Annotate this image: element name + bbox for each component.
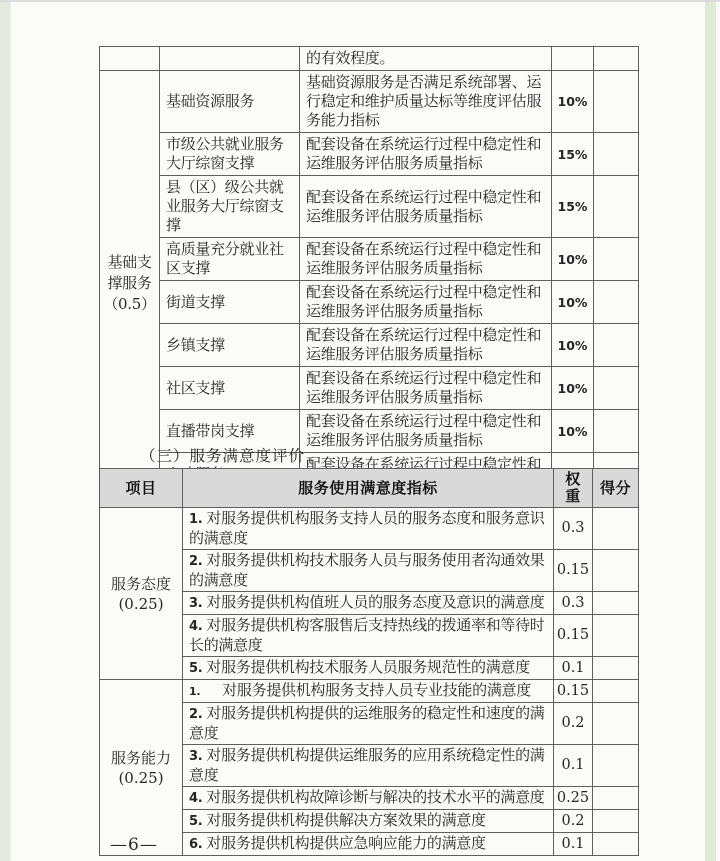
weight-cell: 10% bbox=[552, 410, 594, 453]
table-row: 市级公共就业服务大厅综窗支撑 配套设备在系统运行过程中稳定性和运维服务评估服务质… bbox=[100, 133, 639, 176]
score-cell bbox=[593, 833, 639, 856]
item-number: 4. bbox=[189, 619, 202, 634]
weight-cell: 0.25 bbox=[554, 787, 593, 810]
indicator-cell: 5.对服务提供机构提供解决方案效果的满意度 bbox=[183, 810, 554, 833]
weight-cell-empty bbox=[552, 47, 594, 71]
indicator-cell: 配套设备在系统运行过程中稳定性和运维服务评估服务质量指标 bbox=[300, 238, 552, 281]
weight-cell: 10% bbox=[552, 238, 594, 281]
item-number: 1. bbox=[189, 512, 202, 527]
indicator-text: 对服务提供机构提供运维服务的应用系统稳定性的满意度 bbox=[189, 746, 545, 784]
weight-cell: 10% bbox=[552, 71, 594, 133]
indicator-cell: 2.对服务提供机构提供的运维服务的稳定性和速度的满意度 bbox=[183, 703, 554, 745]
carryover-text-cell: 的有效程度。 bbox=[300, 47, 552, 71]
indicator-cell: 1.对服务提供机构服务支持人员专业技能的满意度 bbox=[183, 680, 554, 703]
weight-cell: 0.1 bbox=[554, 657, 593, 680]
category-cell: 服务能力 (0.25) bbox=[100, 680, 183, 856]
item-number: 5. bbox=[189, 814, 202, 829]
weight-cell: 10% bbox=[552, 324, 594, 367]
item-number: 3. bbox=[189, 596, 202, 611]
indicator-text: 对服务提供机构技术服务人员与服务使用者沟通效果的满意度 bbox=[189, 551, 545, 589]
score-cell bbox=[593, 703, 639, 745]
indicator-cell: 1.对服务提供机构服务支持人员的服务态度和服务意识的满意度 bbox=[183, 508, 554, 550]
table-row: 服务能力 (0.25) 1.对服务提供机构服务支持人员专业技能的满意度 0.15 bbox=[100, 680, 639, 703]
table-row: 社区支撑 配套设备在系统运行过程中稳定性和运维服务评估服务质量指标 10% bbox=[100, 367, 639, 410]
header-indicator: 服务使用满意度指标 bbox=[183, 469, 554, 508]
score-cell bbox=[594, 71, 639, 133]
score-cell bbox=[594, 133, 639, 176]
indicator-cell: 6.对服务提供机构提供应急响应能力的满意度 bbox=[183, 833, 554, 856]
score-cell bbox=[594, 281, 639, 324]
indicator-cell: 3.对服务提供机构值班人员的服务态度及意识的满意度 bbox=[183, 592, 554, 615]
weight-cell: 15% bbox=[552, 176, 594, 238]
category-cell: 基础支 撑服务 （0.5） bbox=[100, 71, 160, 496]
indicator-cell: 3.对服务提供机构提供运维服务的应用系统稳定性的满意度 bbox=[183, 745, 554, 787]
indicator-cell: 配套设备在系统运行过程中稳定性和运维服务评估服务质量指标 bbox=[300, 133, 552, 176]
score-cell bbox=[593, 592, 639, 615]
indicator-text: 对服务提供机构提供应急响应能力的满意度 bbox=[206, 834, 485, 852]
header-weight: 权 重 bbox=[554, 469, 593, 508]
indicator-cell: 2.对服务提供机构技术服务人员与服务使用者沟通效果的满意度 bbox=[183, 550, 554, 592]
item-cell: 市级公共就业服务大厅综窗支撑 bbox=[160, 133, 300, 176]
weight-cell: 10% bbox=[552, 281, 594, 324]
indicator-cell: 5.对服务提供机构技术服务人员服务规范性的满意度 bbox=[183, 657, 554, 680]
item-number: 5. bbox=[189, 661, 202, 676]
indicator-cell: 配套设备在系统运行过程中稳定性和运维服务评估服务质量指标 bbox=[300, 410, 552, 453]
indicator-cell: 配套设备在系统运行过程中稳定性和运维服务评估服务质量指标 bbox=[300, 324, 552, 367]
indicator-text: 对服务提供机构值班人员的服务态度及意识的满意度 bbox=[206, 593, 544, 611]
indicator-text: 对服务提供机构服务支持人员专业技能的满意度 bbox=[222, 681, 531, 699]
item-cell: 基础资源服务 bbox=[160, 71, 300, 133]
indicator-text: 对服务提供机构服务支持人员的服务态度和服务意识的满意度 bbox=[189, 509, 545, 547]
page-number: —6— bbox=[110, 835, 158, 855]
weight-cell: 0.15 bbox=[554, 680, 593, 703]
section-heading: （三）服务满意度评价 bbox=[140, 444, 305, 466]
table-row: 乡镇支撑 配套设备在系统运行过程中稳定性和运维服务评估服务质量指标 10% bbox=[100, 324, 639, 367]
weight-cell: 0.2 bbox=[554, 703, 593, 745]
item-number: 3. bbox=[189, 749, 202, 764]
weight-cell: 0.2 bbox=[554, 810, 593, 833]
page-left-margin-strip bbox=[0, 0, 11, 861]
table-row: 县（区）级公共就业服务大厅综窗支撑 配套设备在系统运行过程中稳定性和运维服务评估… bbox=[100, 176, 639, 238]
score-cell bbox=[593, 508, 639, 550]
score-cell bbox=[593, 657, 639, 680]
score-cell bbox=[593, 810, 639, 833]
indicator-text: 对服务提供机构故障诊断与解决的技术水平的满意度 bbox=[206, 788, 544, 806]
table-row: 基础支 撑服务 （0.5） 基础资源服务 基础资源服务是否满足系统部署、运行稳定… bbox=[100, 71, 639, 133]
item-cell: 县（区）级公共就业服务大厅综窗支撑 bbox=[160, 176, 300, 238]
table-row: 服务态度 (0.25) 1.对服务提供机构服务支持人员的服务态度和服务意识的满意… bbox=[100, 508, 639, 550]
score-cell bbox=[594, 47, 639, 71]
weight-cell: 0.15 bbox=[554, 550, 593, 592]
score-cell bbox=[594, 324, 639, 367]
item-number: 2. bbox=[189, 707, 202, 722]
indicator-cell: 配套设备在系统运行过程中稳定性和运维服务评估服务质量指标 bbox=[300, 367, 552, 410]
header-project: 项目 bbox=[100, 469, 183, 508]
indicator-cell: 配套设备在系统运行过程中稳定性和运维服务评估服务质量指标 bbox=[300, 176, 552, 238]
weight-cell: 0.3 bbox=[554, 508, 593, 550]
indicator-text: 对服务提供机构技术服务人员服务规范性的满意度 bbox=[206, 658, 529, 676]
table-row: 的有效程度。 bbox=[100, 47, 639, 71]
weight-cell: 0.15 bbox=[554, 615, 593, 657]
table-row: 高质量充分就业社区支撑 配套设备在系统运行过程中稳定性和运维服务评估服务质量指标… bbox=[100, 238, 639, 281]
weight-cell: 10% bbox=[552, 367, 594, 410]
scan-edge bbox=[0, 0, 720, 2]
score-cell bbox=[593, 550, 639, 592]
header-score: 得分 bbox=[593, 469, 639, 508]
indicator-cell: 4.对服务提供机构客服售后支持热线的拨通率和等待时长的满意度 bbox=[183, 615, 554, 657]
score-cell bbox=[593, 680, 639, 703]
indicator-cell: 基础资源服务是否满足系统部署、运行稳定和维护质量达标等维度评估服务能力指标 bbox=[300, 71, 552, 133]
indicator-text: 对服务提供机构客服售后支持热线的拨通率和等待时长的满意度 bbox=[189, 616, 545, 654]
weight-cell: 15% bbox=[552, 133, 594, 176]
indicator-text: 对服务提供机构提供的运维服务的稳定性和速度的满意度 bbox=[189, 704, 545, 742]
item-cell: 高质量充分就业社区支撑 bbox=[160, 238, 300, 281]
item-number: 2. bbox=[189, 554, 202, 569]
weight-cell: 0.3 bbox=[554, 592, 593, 615]
item-cell: 街道支撑 bbox=[160, 281, 300, 324]
weight-cell: 0.1 bbox=[554, 833, 593, 856]
item-number: 6. bbox=[189, 837, 202, 852]
item-cell: 社区支撑 bbox=[160, 367, 300, 410]
score-cell bbox=[593, 745, 639, 787]
page-right-margin-strip bbox=[705, 0, 716, 861]
indicator-cell: 4.对服务提供机构故障诊断与解决的技术水平的满意度 bbox=[183, 787, 554, 810]
score-cell bbox=[594, 367, 639, 410]
service-satisfaction-table: 项目 服务使用满意度指标 权 重 得分 服务态度 (0.25) 1.对服务提供机… bbox=[99, 468, 639, 856]
table-header-row: 项目 服务使用满意度指标 权 重 得分 bbox=[100, 469, 639, 508]
score-cell bbox=[594, 238, 639, 281]
score-cell bbox=[594, 176, 639, 238]
item-cell: 乡镇支撑 bbox=[160, 324, 300, 367]
category-cell-empty bbox=[100, 47, 160, 71]
item-cell-empty bbox=[160, 47, 300, 71]
item-number: 4. bbox=[189, 791, 202, 806]
indicator-cell: 配套设备在系统运行过程中稳定性和运维服务评估服务质量指标 bbox=[300, 281, 552, 324]
category-cell: 服务态度 (0.25) bbox=[100, 508, 183, 680]
weight-cell: 0.1 bbox=[554, 745, 593, 787]
basic-support-services-table: 的有效程度。 基础支 撑服务 （0.5） 基础资源服务 基础资源服务是否满足系统… bbox=[99, 46, 639, 496]
item-number: 1. bbox=[189, 685, 200, 698]
score-cell bbox=[593, 787, 639, 810]
table-row: 街道支撑 配套设备在系统运行过程中稳定性和运维服务评估服务质量指标 10% bbox=[100, 281, 639, 324]
indicator-text: 对服务提供机构提供解决方案效果的满意度 bbox=[206, 811, 485, 829]
score-cell bbox=[593, 615, 639, 657]
score-cell bbox=[594, 410, 639, 453]
